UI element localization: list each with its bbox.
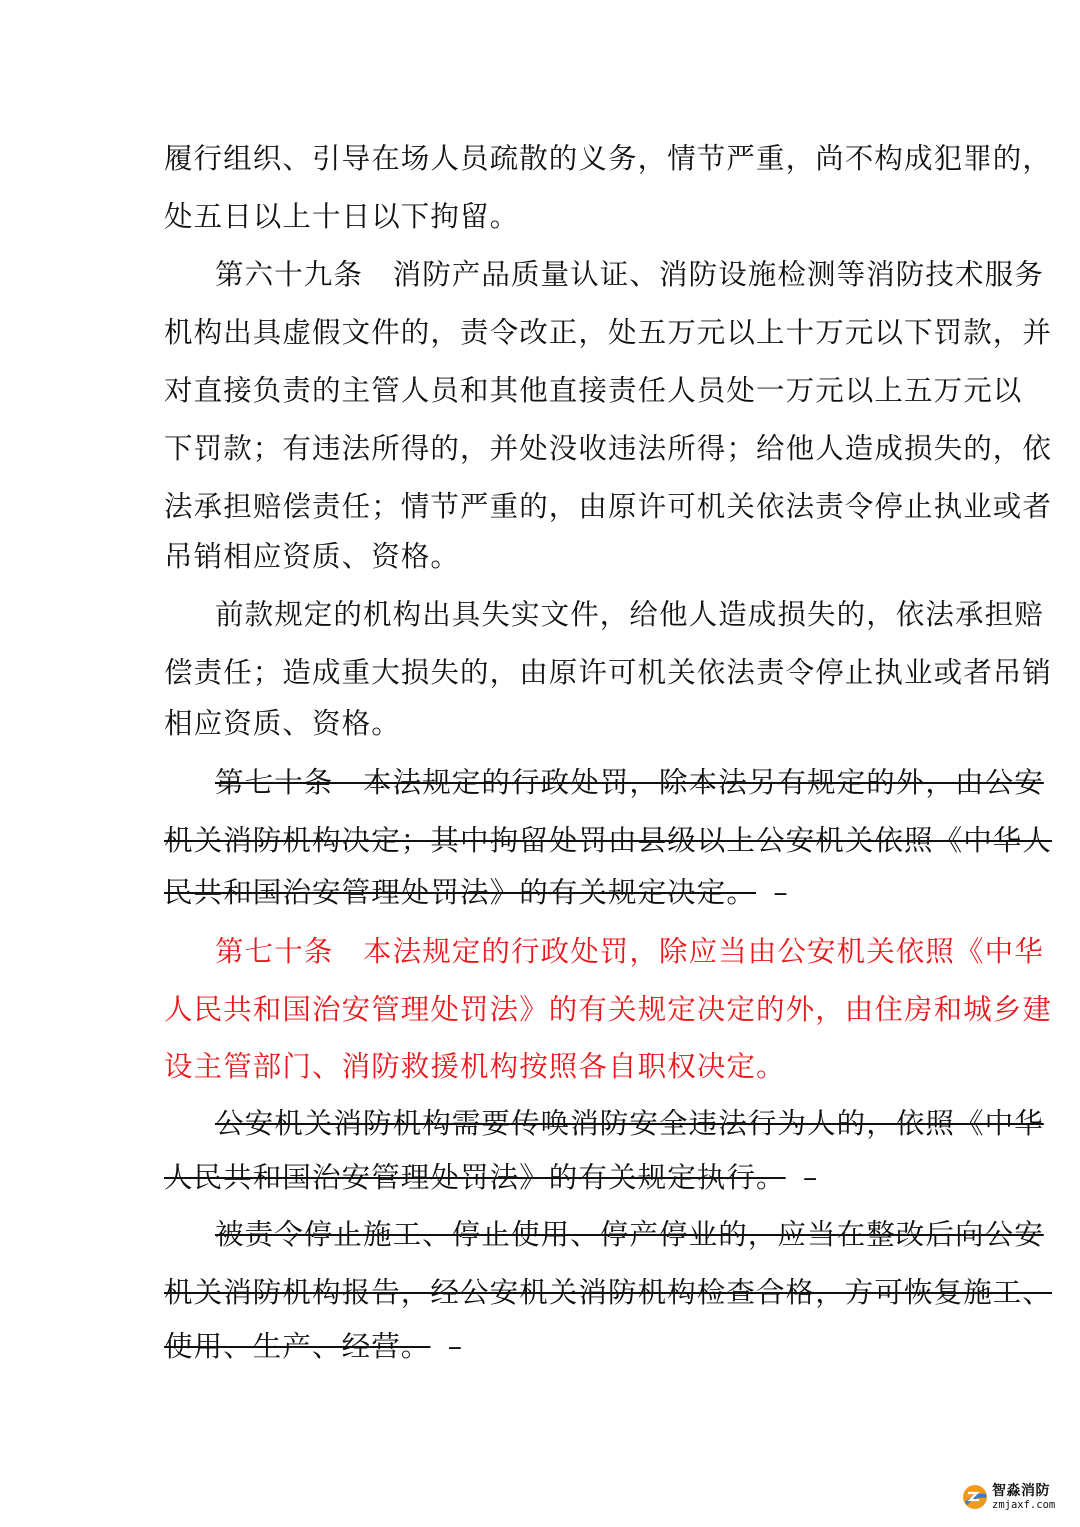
text-line: 法承担赔偿责任；情节严重的，由原许可机关依法责令停止执业或者	[164, 490, 916, 524]
flame-swoosh-logo-icon	[962, 1484, 988, 1510]
document-page: 履行组织、引导在场人员疏散的义务，情节严重，尚不构成犯罪的， 处五日以上十日以下…	[0, 0, 1080, 1527]
text-line: 吊销相应资质、资格。	[164, 540, 916, 574]
inserted-article-70-line: 第七十条 本法规定的行政处罚，除应当由公安机关依照《中华	[215, 935, 916, 969]
text-line: 对直接负责的主管人员和其他直接责任人员处一万元以上五万元以	[164, 374, 916, 408]
deleted-text-line: 机关消防机构报告，经公安机关消防机构检查合格，方可恢复施工、	[164, 1276, 916, 1310]
text-line: 偿责任；造成重大损失的，由原许可机关依法责令停止执业或者吊销	[164, 656, 916, 690]
text-line: 履行组织、引导在场人员疏散的义务，情节严重，尚不构成犯罪的，	[164, 142, 916, 176]
text-line: 前款规定的机构出具失实文件，给他人造成损失的，依法承担赔	[215, 598, 916, 632]
deleted-text: 民共和国治安管理处罚法》的有关规定决定。	[164, 876, 756, 909]
deleted-text-line-last: 民共和国治安管理处罚法》的有关规定决定。 –	[164, 876, 916, 910]
text-line: 处五日以上十日以下拘留。	[164, 200, 916, 234]
inserted-text-line: 人民共和国治安管理处罚法》的有关规定决定的外，由住房和城乡建	[164, 993, 916, 1027]
paragraph-mark: –	[788, 1161, 819, 1195]
deleted-text: 使用、生产、经营。	[164, 1330, 430, 1363]
deleted-text-line: 公安机关消防机构需要传唤消防安全违法行为人的，依照《中华	[215, 1107, 916, 1141]
paragraph-mark: –	[432, 1330, 463, 1364]
text-line: 下罚款；有违法所得的，并处没收违法所得；给他人造成损失的，依	[164, 432, 916, 466]
deleted-text-line-last: 人民共和国治安管理处罚法》的有关规定执行。 –	[164, 1161, 916, 1195]
watermark-url: zmjaxf.com	[992, 1499, 1055, 1511]
article-69-heading-line: 第六十九条 消防产品质量认证、消防设施检测等消防技术服务	[215, 258, 916, 292]
watermark-name: 智淼消防	[992, 1480, 1050, 1500]
deleted-article-70-line: 第七十条 本法规定的行政处罚，除本法另有规定的外，由公安	[215, 766, 916, 800]
watermark-logo: 智淼消防 zmjaxf.com	[962, 1480, 1077, 1520]
paragraph-mark: –	[758, 876, 789, 910]
deleted-text-line: 被责令停止施工、停止使用、停产停业的，应当在整改后向公安	[215, 1218, 916, 1252]
inserted-text-line: 设主管部门、消防救援机构按照各自职权决定。	[164, 1050, 916, 1084]
text-line: 相应资质、资格。	[164, 707, 916, 741]
deleted-text-line-last: 使用、生产、经营。 –	[164, 1330, 916, 1364]
deleted-text-line: 机关消防机构决定；其中拘留处罚由县级以上公安机关依照《中华人	[164, 824, 916, 858]
text-line: 机构出具虚假文件的，责令改正，处五万元以上十万元以下罚款，并	[164, 316, 916, 350]
deleted-text: 人民共和国治安管理处罚法》的有关规定执行。	[164, 1161, 786, 1194]
